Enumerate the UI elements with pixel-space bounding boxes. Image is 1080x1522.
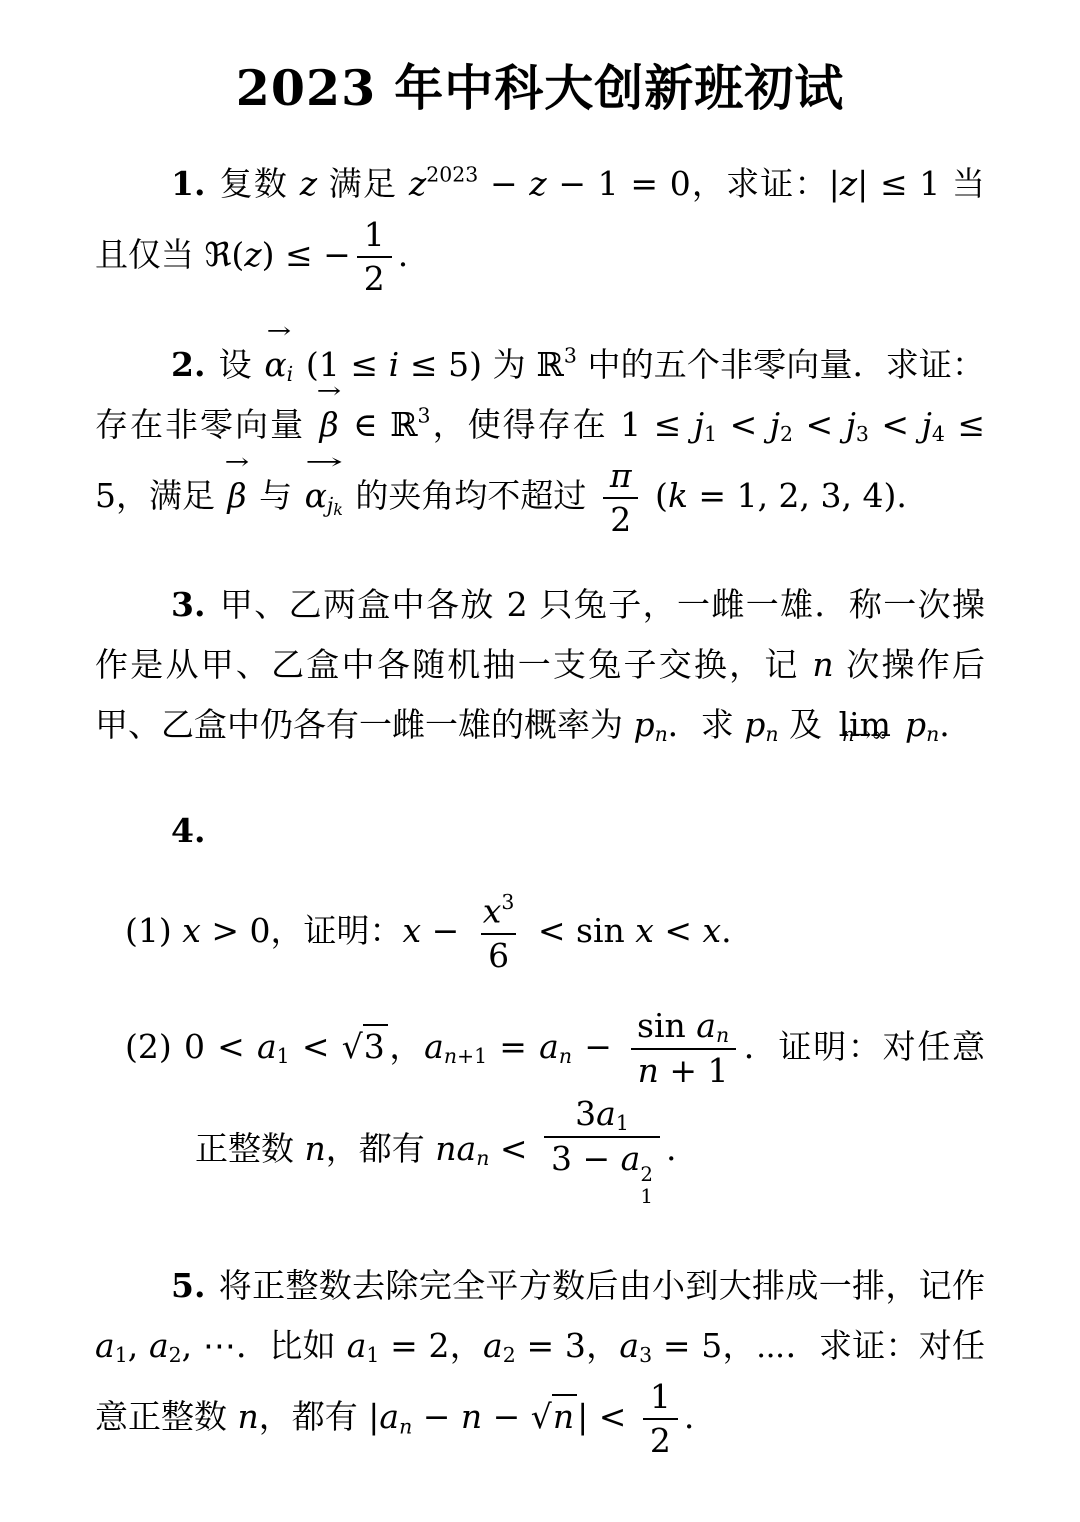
vector-arrow-icon: →	[317, 381, 342, 403]
text-run: .	[684, 1397, 695, 1436]
math-var-x: x	[635, 911, 654, 950]
subscript: n+1	[444, 1044, 487, 1068]
math-run: ∈	[341, 405, 390, 444]
math-run: <	[793, 405, 846, 444]
problem-4-part-2: (2) 0 < a1 < √3，an+1 = an − sin ann + 1．…	[95, 1005, 985, 1208]
limit-operator: limn→∞	[839, 695, 891, 755]
text-run: ．求	[668, 705, 745, 744]
problem-4-part-1: (1) x > 0，证明：x − x36 < sin x < x.	[95, 889, 985, 977]
math-var-a: a	[95, 1326, 115, 1365]
math-run: = 2，	[379, 1326, 483, 1365]
vector-arrow-icon: →	[266, 321, 291, 343]
math-run: −	[412, 1397, 461, 1436]
superscript-exponent: 2	[640, 1164, 653, 1186]
math-run: −	[572, 1027, 624, 1066]
math-var-p: p	[634, 705, 655, 744]
subscript: 4	[932, 422, 945, 446]
math-var-z: z	[300, 164, 317, 203]
text-run: .	[721, 911, 732, 950]
real-part-symbol: ℜ(	[205, 235, 245, 274]
page-title: 2023 年中科大创新班初试	[95, 50, 985, 120]
limit-subscript: n→∞	[842, 717, 888, 753]
math-var-z: z	[529, 164, 546, 203]
cdots-symbol: ⋯	[756, 1326, 786, 1365]
math-run: ) ≤ −	[262, 235, 351, 274]
math-var-n: n	[435, 1128, 456, 1167]
fraction-3a1-over-3-minus-a1-squared: 3a13 − a21	[544, 1093, 660, 1209]
sqrt-3: √3	[342, 1024, 388, 1066]
math-var-a: a	[257, 1027, 277, 1066]
math-var-alpha: α	[305, 476, 327, 515]
math-run: <	[717, 405, 770, 444]
math-var-x: x	[403, 911, 422, 950]
text-run: ．比如	[236, 1326, 347, 1365]
problem-2-number: 2.	[171, 345, 205, 384]
subscript: n	[926, 722, 939, 746]
text-run: .	[939, 705, 950, 744]
math-var-j: j	[846, 405, 856, 444]
math-var-a: a	[696, 1006, 716, 1045]
text-run: ，	[388, 1027, 424, 1066]
superscript-exponent: 3	[418, 403, 431, 427]
math-run: 3 −	[551, 1139, 621, 1178]
abs-bar: |	[368, 1397, 379, 1436]
math-var-j: j	[922, 405, 932, 444]
text-run: 的夹角均不超过	[345, 476, 597, 515]
subscript: 1	[115, 1343, 128, 1367]
fraction-sin-an-over-n-plus-1: sin ann + 1	[630, 1005, 736, 1093]
fraction-numerator: 3a1	[568, 1093, 636, 1136]
text-run: .	[398, 235, 409, 274]
vector-beta: →β	[228, 466, 247, 526]
fraction-numerator: π	[603, 455, 639, 497]
superscript-exponent: 2023	[426, 163, 478, 187]
math-var-n: n	[305, 1128, 326, 1167]
problem-5: 5.将正整数去除完全平方数后由小到大排成一排，记作 a1, a2, ⋯．比如 a…	[95, 1256, 985, 1463]
math-run: <	[489, 1128, 538, 1167]
subscript: 2	[503, 1343, 516, 1367]
math-run: ≤ 5) 为	[399, 345, 536, 384]
fraction-denominator: 6	[481, 933, 516, 977]
text-run: 及	[779, 705, 833, 744]
problem-1: 1.复数 z 满足 z2023 − z − 1 = 0，求证：|z| ≤ 1 当…	[95, 154, 985, 301]
math-run: 3	[575, 1094, 596, 1133]
text-run: ，都有	[259, 1397, 369, 1436]
abs-bar: |	[577, 1397, 588, 1436]
vector-alpha-jk: →αjk	[305, 466, 343, 526]
fraction-pi-over-2: π2	[603, 455, 639, 541]
abs-bar: |	[829, 164, 840, 203]
math-run: =	[487, 1027, 539, 1066]
problem-1-number: 1.	[171, 164, 205, 203]
subscript: 1	[640, 1186, 653, 1208]
math-run: = 1, 2, 3, 4).	[688, 476, 907, 515]
math-var-n: n	[842, 723, 855, 746]
superscript-exponent: 3	[564, 343, 577, 367]
fraction-x-cubed-over-6: x36	[476, 889, 522, 977]
math-run: <	[654, 911, 703, 950]
text-run: ，都有	[326, 1128, 436, 1167]
math-var-alpha: α	[264, 345, 286, 384]
math-var-a: a	[596, 1094, 616, 1133]
subscript: 1	[616, 1111, 629, 1135]
math-var-n: n	[638, 1051, 659, 1090]
vector-arrow-icon: →	[305, 452, 343, 474]
subscript: 1	[704, 422, 717, 446]
math-run: (	[645, 476, 668, 515]
sup-sub-stack: 21	[640, 1164, 653, 1208]
fraction-denominator: 2	[603, 497, 638, 541]
math-var-p: p	[744, 705, 765, 744]
radical-sign-icon: √	[342, 1027, 363, 1066]
math-var-a: a	[379, 1397, 399, 1436]
sub-subscript: k	[333, 500, 343, 519]
fraction-denominator: 2	[643, 1418, 678, 1462]
math-run: <	[869, 405, 922, 444]
math-var-beta: β	[228, 476, 247, 515]
math-var-a: a	[149, 1326, 169, 1365]
fraction-one-half: 12	[357, 214, 392, 300]
radical-sign-icon: √	[531, 1397, 552, 1436]
fraction-one-half: 12	[643, 1376, 678, 1462]
math-var-x: x	[703, 911, 722, 950]
vector-alpha-i: →αi	[264, 335, 293, 395]
math-var-x: x	[182, 911, 201, 950]
math-run: = 5，	[652, 1326, 756, 1365]
subscript: 2	[169, 1343, 182, 1367]
math-run: ,	[128, 1326, 149, 1365]
math-var-a: a	[483, 1326, 503, 1365]
fraction-numerator: 1	[643, 1376, 678, 1418]
vector-beta: →β	[320, 395, 339, 455]
reals-symbol: ℝ	[390, 405, 417, 444]
part-label: (1)	[125, 911, 182, 950]
math-run: −	[478, 164, 529, 203]
text-run: ，使得存在 1 ≤	[431, 405, 694, 444]
fraction-numerator: x3	[476, 889, 522, 933]
problem-4: 4.	[95, 801, 985, 861]
subscript: n	[716, 1023, 729, 1047]
radicand: 3	[363, 1024, 388, 1066]
text-run: .	[666, 1128, 677, 1167]
math-var-n: n	[812, 645, 833, 684]
problem-4-number: 4.	[171, 811, 205, 850]
subscript: 2	[780, 422, 793, 446]
fraction-denominator: 3 − a21	[544, 1136, 660, 1208]
fraction-numerator: sin an	[630, 1005, 736, 1048]
math-var-a: a	[619, 1326, 639, 1365]
math-var-a: a	[424, 1027, 444, 1066]
subscript: n	[476, 1145, 489, 1169]
subscript: i	[287, 362, 294, 386]
math-var-x: x	[483, 892, 502, 931]
subscript: n	[765, 722, 778, 746]
math-run: −	[482, 1397, 531, 1436]
text-run: > 0，证明：	[201, 911, 403, 950]
fraction-numerator: 1	[357, 214, 392, 256]
exam-page: 2023 年中科大创新班初试 1.复数 z 满足 z2023 − z − 1 =…	[0, 0, 1080, 1522]
part-label: (2)	[125, 1027, 184, 1066]
text-run: 与	[249, 476, 303, 515]
math-var-z: z	[409, 164, 426, 203]
text-run: 满足	[317, 164, 409, 203]
problem-2: 2.设 →αi (1 ≤ i ≤ 5) 为 ℝ3 中的五个非零向量．求证：存在非…	[95, 335, 985, 542]
math-run: = 3，	[516, 1326, 620, 1365]
reals-symbol: ℝ	[536, 345, 563, 384]
subscript: 1	[277, 1044, 290, 1068]
sin-function: sin	[637, 1006, 696, 1045]
math-var-a: a	[539, 1027, 559, 1066]
math-run: ,	[182, 1326, 203, 1365]
math-var-j: j	[694, 405, 704, 444]
text-run: 复数	[218, 164, 299, 203]
subscript: 3	[856, 422, 869, 446]
sqrt-n: √n	[531, 1394, 577, 1436]
subscript: jk	[327, 493, 343, 517]
subscript: n	[399, 1414, 412, 1438]
math-var-j: j	[770, 405, 780, 444]
math-run: (1 ≤	[295, 345, 388, 384]
math-var-z: z	[840, 164, 857, 203]
subscript: n	[655, 722, 668, 746]
math-run: <	[290, 1027, 342, 1066]
problem-3-number: 3.	[171, 585, 205, 624]
text-run: 将正整数去除完全平方数后由小到大排成一排，记作	[218, 1266, 985, 1305]
math-run: + 1	[659, 1051, 729, 1090]
arrow-infinity: →∞	[855, 723, 888, 746]
problem-3: 3.甲、乙两盒中各放 2 只兔子，一雌一雄．称一次操作是从甲、乙盒中各随机抽一支…	[95, 575, 985, 755]
text-run: 设	[218, 345, 262, 384]
radicand: n	[552, 1394, 577, 1436]
vector-arrow-icon: →	[225, 452, 250, 474]
math-var-k: k	[668, 476, 688, 515]
math-var-p: p	[905, 705, 926, 744]
math-run: −	[421, 911, 470, 950]
math-var-n: n	[461, 1397, 482, 1436]
text-run: − 1 = 0，求证：	[547, 164, 829, 203]
math-run: < sin	[527, 911, 635, 950]
math-var-i: i	[389, 345, 400, 384]
fraction-denominator: 2	[357, 256, 392, 300]
math-run: 0 <	[184, 1027, 257, 1066]
math-var-z: z	[244, 235, 261, 274]
math-run: <	[588, 1397, 637, 1436]
math-var-n: n	[444, 1044, 457, 1068]
math-var-a: a	[347, 1326, 367, 1365]
math-var-a: a	[457, 1128, 477, 1167]
problem-5-number: 5.	[171, 1266, 205, 1305]
subscript: 3	[639, 1343, 652, 1367]
math-run: +1	[457, 1044, 487, 1068]
math-var-beta: β	[320, 405, 339, 444]
math-var-n: n	[238, 1397, 259, 1436]
cdots-symbol: ⋯	[203, 1326, 236, 1365]
math-var-a: a	[621, 1139, 641, 1178]
subscript: 1	[366, 1343, 379, 1367]
fraction-denominator: n + 1	[631, 1048, 736, 1092]
subscript: n	[559, 1044, 572, 1068]
superscript-exponent: 3	[501, 890, 514, 914]
